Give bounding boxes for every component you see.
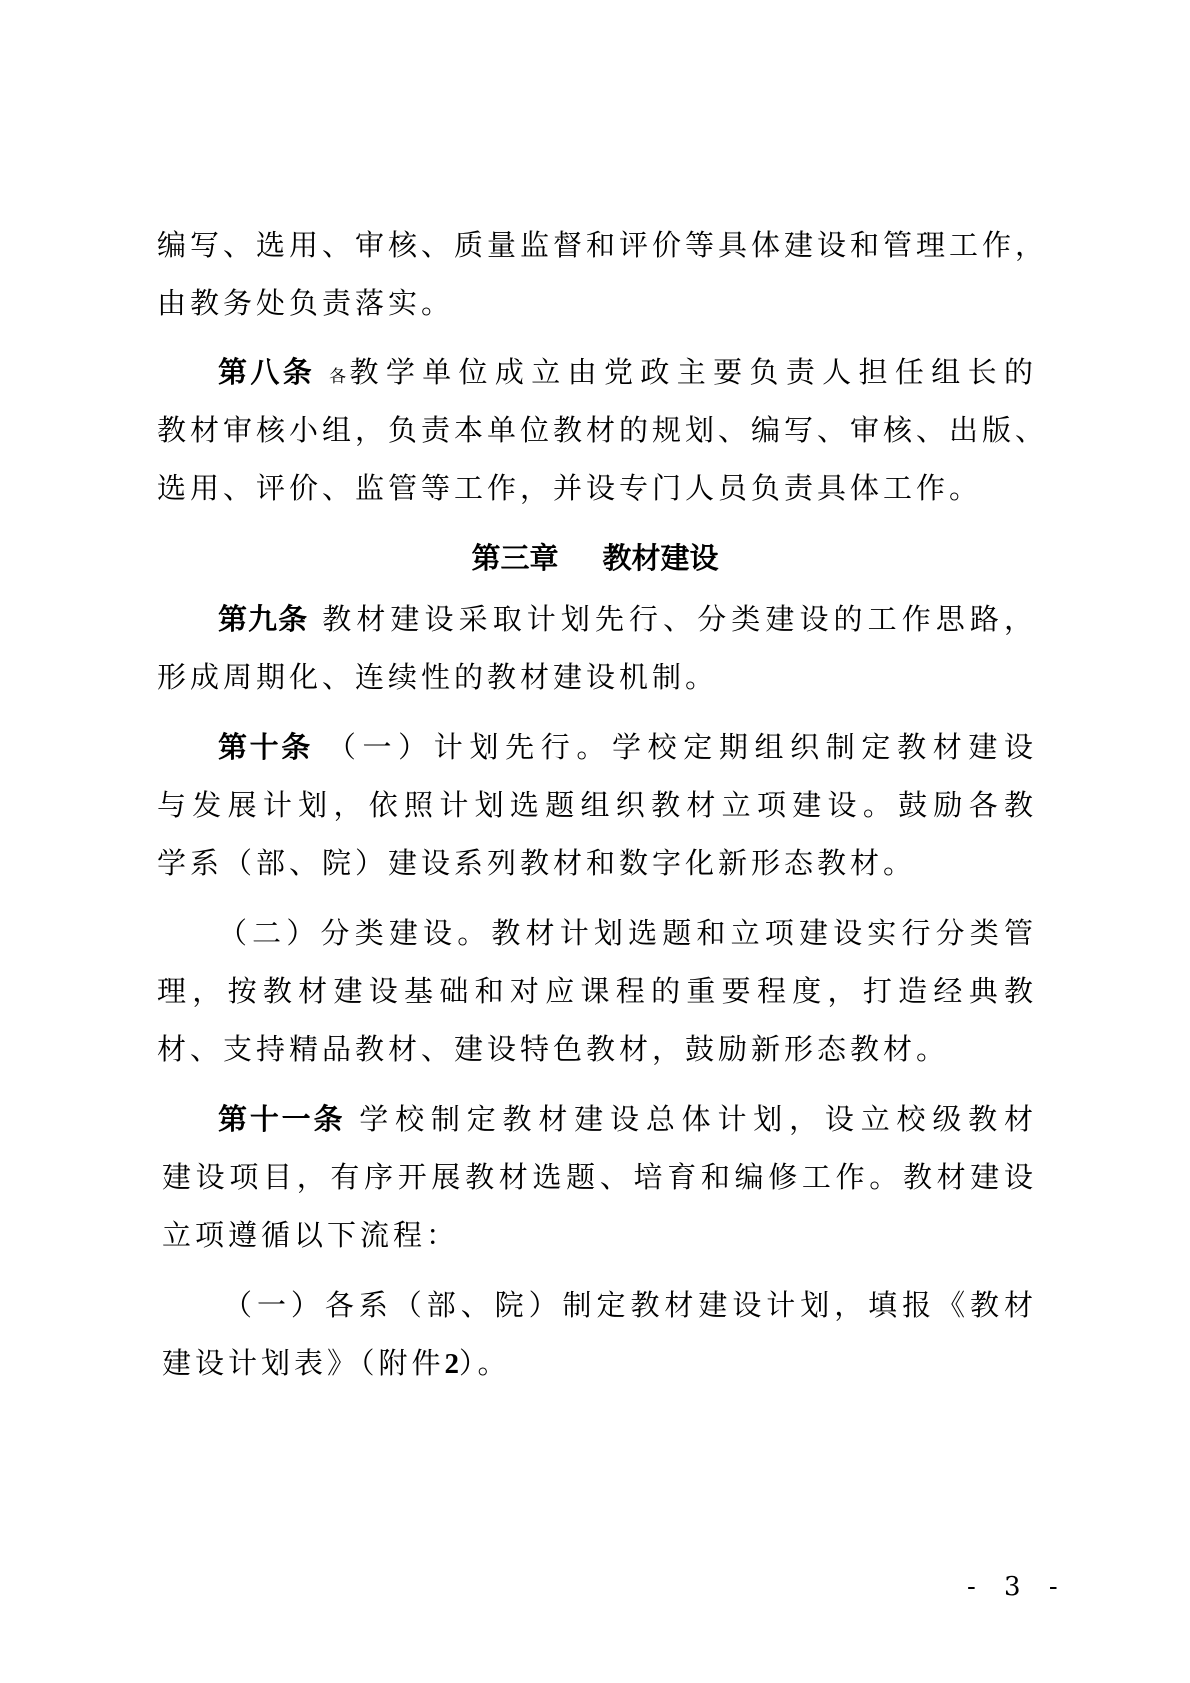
paragraph-line: （二）分类建设。教材计划选题和立项建设实行分类管 [218, 916, 1037, 950]
paragraph-line: 理，按教材建设基础和对应课程的重要程度，打造经典教 [157, 974, 1037, 1008]
article-8-line: 第八条各教学单位成立由党政主要负责人担任组长的 [218, 355, 1037, 394]
article-10-line: 第十条（一）计划先行。学校定期组织制定教材建设 [218, 730, 1037, 764]
attachment-number: 2 [445, 1348, 460, 1380]
article-text: 各 [329, 367, 349, 387]
paragraph-text: ）。 [459, 1346, 511, 1380]
article-text: 教材建设采取计划先行、分类建设的工作思路， [322, 602, 1037, 636]
article-text: 教学单位成立由党政主要负责人担任组长的 [349, 355, 1037, 389]
paragraph-line: 形成周期化、连续性的教材建设机制。 [157, 660, 1037, 694]
paragraph-text: 建设计划表》（附件 [162, 1346, 445, 1380]
chapter-number: 第三章 [471, 541, 558, 575]
paragraph-line: （一）各系（部、院）制定教材建设计划，填报《教材 [223, 1288, 1037, 1322]
paragraph-line: 立项遵循以下流程： [162, 1218, 1042, 1252]
page-number: - 3 - [967, 1572, 1068, 1602]
article-11-line: 第十一条学校制定教材建设总体计划，设立校级教材 [218, 1102, 1037, 1136]
paragraph-line: 材、支持精品教材、建设特色教材，鼓励新形态教材。 [157, 1032, 1037, 1066]
paragraph-line: 与发展计划，依照计划选题组织教材立项建设。鼓励各教 [157, 788, 1037, 822]
paragraph-line: 由教务处负责落实。 [157, 286, 1037, 320]
document-page: 编写、选用、审核、质量监督和评价等具体建设和管理工作， 由教务处负责落实。 第八… [0, 0, 1190, 1683]
article-label: 第十条 [218, 730, 313, 764]
paragraph-line: 建设项目，有序开展教材选题、培育和编修工作。教材建设 [162, 1160, 1037, 1194]
article-label: 第八条 [218, 355, 315, 389]
article-label: 第十一条 [218, 1102, 345, 1136]
article-text: （一）计划先行。学校定期组织制定教材建设 [327, 730, 1037, 764]
article-text: 学校制定教材建设总体计划，设立校级教材 [359, 1102, 1037, 1136]
paragraph-line: 编写、选用、审核、质量监督和评价等具体建设和管理工作， [157, 228, 1037, 262]
paragraph-line: 建设计划表》（附件2）。 [162, 1346, 1042, 1381]
paragraph-line: 选用、评价、监管等工作，并设专门人员负责具体工作。 [157, 471, 1037, 505]
paragraph-line: 教材审核小组，负责本单位教材的规划、编写、审核、出版、 [157, 413, 1037, 447]
chapter-heading: 第三章教材建设 [0, 541, 1190, 575]
paragraph-line: 学系（部、院）建设系列教材和数字化新形态教材。 [157, 846, 1037, 880]
article-9-line: 第九条教材建设采取计划先行、分类建设的工作思路， [218, 602, 1037, 636]
article-label: 第九条 [218, 602, 308, 636]
chapter-title: 教材建设 [603, 541, 719, 575]
